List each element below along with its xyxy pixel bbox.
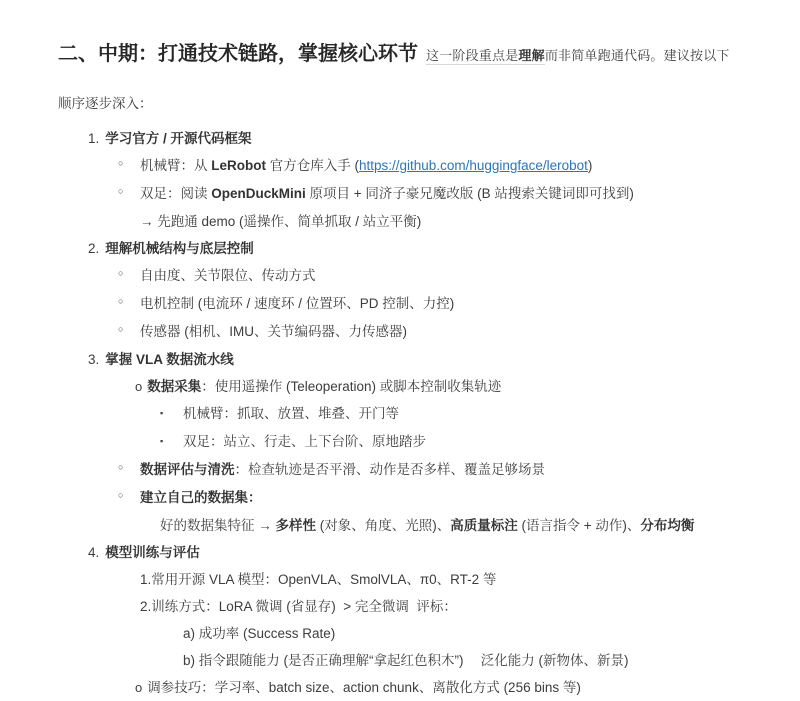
circle-bullet-icon: ○	[118, 458, 140, 476]
line-content: 学习官方 / 开源代码框架	[105, 130, 251, 148]
o-bullet-icon: o	[135, 679, 142, 697]
text-run: )	[588, 158, 593, 173]
line-content: 传感器 (相机、IMU、关节编码器、力传感器)	[140, 323, 407, 341]
line-content: 电机控制 (电流环 / 速度环 / 位置环、PD 控制、力控)	[140, 295, 454, 313]
square-bullet-icon: ▪	[160, 432, 183, 450]
circle-bullet-icon: ○	[118, 320, 140, 338]
list-item: ○建立自己的数据集：	[118, 489, 742, 508]
text-run: 1.常用开源 VLA 模型：OpenVLA、SmolVLA、π0、RT-2 等	[140, 572, 496, 587]
line-content: 双足：阅读 OpenDuckMini 原项目 + 同济子豪兄魔改版 (B 站搜索…	[140, 185, 634, 203]
bold-text-run: 多样性	[276, 518, 317, 533]
list-item: ○数据评估与清洗：检查轨迹是否平滑、动作是否多样、覆盖足够场景	[118, 461, 742, 480]
line-content: 好的数据集特征 → 多样性 (对象、角度、光照)、高质量标注 (语言指令 + 动…	[160, 517, 694, 535]
list-item: ○机械臂：从 LeRobot 官方仓库入手 (https://github.co…	[118, 157, 742, 176]
section-heading-item: 4.模型训练与评估	[88, 544, 742, 562]
bold-text-run: 学习官方 / 开源代码框架	[105, 131, 251, 146]
text-run: 原项目 + 同济子豪兄魔改版 (B 站搜索关键词即可找到)	[306, 186, 634, 201]
title-text: 二、中期：打通技术链路，掌握核心环节	[58, 43, 418, 65]
list-item: 2.训练方式：LoRA 微调 (省显存) > 完全微调 评标：	[140, 598, 742, 616]
list-item: o数据采集：使用遥操作 (Teleoperation) 或脚本控制收集轨迹	[135, 378, 742, 396]
bold-text-run: 高质量标注	[450, 518, 518, 533]
list-item: ○自由度、关节限位、传动方式	[118, 267, 742, 286]
text-run: (对象、角度、光照)、	[316, 518, 450, 533]
o-bullet-icon: o	[135, 378, 142, 396]
text-run: 自由度、关节限位、传动方式	[140, 268, 316, 283]
list-item: ○传感器 (相机、IMU、关节编码器、力传感器)	[118, 323, 742, 342]
number-marker: 4.	[88, 544, 99, 562]
bold-text-run: 理解机械结构与底层控制	[105, 241, 254, 256]
outline-list: 1.学习官方 / 开源代码框架○机械臂：从 LeRobot 官方仓库入手 (ht…	[58, 130, 742, 697]
circle-bullet-icon: ○	[118, 182, 140, 200]
line-content: 掌握 VLA 数据流水线	[105, 351, 234, 369]
text-run: → 先跑通 demo (遥操作、简单抓取 / 站立平衡)	[140, 214, 421, 229]
line-content: 调参技巧：学习率、batch size、action chunk、离散化方式 (…	[147, 679, 581, 697]
text-run: 2.训练方式：LoRA 微调 (省显存) > 完全微调 评标：	[140, 599, 457, 614]
text-run: 传感器 (相机、IMU、关节编码器、力传感器)	[140, 324, 407, 339]
number-marker: 1.	[88, 130, 99, 148]
list-item: b) 指令跟随能力 (是否正确理解“拿起红色积木”) 泛化能力 (新物体、新景)	[183, 652, 742, 670]
text-run: ：使用遥操作 (Teleoperation) 或脚本控制收集轨迹	[201, 379, 501, 394]
text-run: 这一阶段重点是	[426, 48, 518, 65]
line-content: 双足：站立、行走、上下台阶、原地踏步	[183, 433, 426, 451]
text-run: 电机控制 (电流环 / 速度环 / 位置环、PD 控制、力控)	[140, 296, 454, 311]
line-content: b) 指令跟随能力 (是否正确理解“拿起红色积木”) 泛化能力 (新物体、新景)	[183, 652, 628, 670]
text-run: 机械臂：抓取、放置、堆叠、开门等	[183, 406, 399, 421]
line-content: 数据评估与清洗：检查轨迹是否平滑、动作是否多样、覆盖足够场景	[140, 461, 545, 479]
text-run: a) 成功率 (Success Rate)	[183, 626, 335, 641]
bold-text-run: 模型训练与评估	[105, 545, 200, 560]
list-item: o调参技巧：学习率、batch size、action chunk、离散化方式 …	[135, 679, 742, 697]
bold-text-run: 掌握 VLA 数据流水线	[105, 352, 234, 367]
bold-text-run: 数据采集	[147, 379, 201, 394]
circle-bullet-icon: ○	[118, 264, 140, 282]
text-run: 调参技巧：学习率、batch size、action chunk、离散化方式 (…	[147, 680, 581, 695]
document-page: 二、中期：打通技术链路，掌握核心环节这一阶段重点是理解而非简单跑通代码。建议按以…	[0, 0, 800, 701]
text-run: 而非简单跑通代码。建议按以下	[545, 48, 730, 63]
bold-text-run: 建立自己的数据集：	[140, 490, 262, 505]
section-heading-item: 1.学习官方 / 开源代码框架	[88, 130, 742, 148]
list-item: 1.常用开源 VLA 模型：OpenVLA、SmolVLA、π0、RT-2 等	[140, 571, 742, 589]
bold-text-run: 数据评估与清洗	[140, 462, 235, 477]
section-heading-item: 3.掌握 VLA 数据流水线	[88, 351, 742, 369]
text-run: 双足：站立、行走、上下台阶、原地踏步	[183, 434, 426, 449]
list-item: a) 成功率 (Success Rate)	[183, 625, 742, 643]
bold-text-run: OpenDuckMini	[211, 186, 306, 201]
line-content: 数据采集：使用遥操作 (Teleoperation) 或脚本控制收集轨迹	[147, 378, 501, 396]
intro-text: 顺序逐步深入：	[58, 95, 742, 113]
circle-bullet-icon: ○	[118, 154, 140, 172]
list-item: 好的数据集特征 → 多样性 (对象、角度、光照)、高质量标注 (语言指令 + 动…	[160, 517, 742, 535]
list-item: ○电机控制 (电流环 / 速度环 / 位置环、PD 控制、力控)	[118, 295, 742, 314]
hyperlink[interactable]: https://github.com/huggingface/lerobot	[359, 158, 588, 173]
line-content: 1.常用开源 VLA 模型：OpenVLA、SmolVLA、π0、RT-2 等	[140, 571, 496, 589]
text-run: ：检查轨迹是否平滑、动作是否多样、覆盖足够场景	[235, 462, 546, 477]
list-item: ▪机械臂：抓取、放置、堆叠、开门等	[160, 405, 742, 424]
list-item: ▪双足：站立、行走、上下台阶、原地踏步	[160, 433, 742, 452]
text-run: b) 指令跟随能力 (是否正确理解“拿起红色积木”) 泛化能力 (新物体、新景)	[183, 653, 628, 668]
section-heading-item: 2.理解机械结构与底层控制	[88, 240, 742, 258]
line-content: 建立自己的数据集：	[140, 489, 262, 507]
text-run: 官方仓库入手 (	[266, 158, 359, 173]
line-content: 机械臂：从 LeRobot 官方仓库入手 (https://github.com…	[140, 157, 592, 175]
text-run: 双足：阅读	[140, 186, 211, 201]
text-run: 好的数据集特征 →	[160, 518, 276, 533]
line-content: 理解机械结构与底层控制	[105, 240, 254, 258]
line-content: a) 成功率 (Success Rate)	[183, 625, 335, 643]
page-title: 二、中期：打通技术链路，掌握核心环节这一阶段重点是理解而非简单跑通代码。建议按以…	[58, 40, 742, 70]
bold-text-run: 分布均衡	[640, 518, 694, 533]
line-content: 模型训练与评估	[105, 544, 200, 562]
title-note: 这一阶段重点是理解而非简单跑通代码。建议按以下	[426, 48, 730, 63]
number-marker: 2.	[88, 240, 99, 258]
line-content: → 先跑通 demo (遥操作、简单抓取 / 站立平衡)	[140, 213, 421, 231]
circle-bullet-icon: ○	[118, 486, 140, 504]
text-run: (语言指令 + 动作)、	[518, 518, 641, 533]
text-run: 机械臂：从	[140, 158, 211, 173]
list-item: ○双足：阅读 OpenDuckMini 原项目 + 同济子豪兄魔改版 (B 站搜…	[118, 185, 742, 204]
line-content: 2.训练方式：LoRA 微调 (省显存) > 完全微调 评标：	[140, 598, 457, 616]
line-content: 机械臂：抓取、放置、堆叠、开门等	[183, 405, 399, 423]
bold-text-run: 理解	[518, 48, 544, 65]
list-item: → 先跑通 demo (遥操作、简单抓取 / 站立平衡)	[140, 213, 742, 231]
line-content: 自由度、关节限位、传动方式	[140, 267, 316, 285]
number-marker: 3.	[88, 351, 99, 369]
circle-bullet-icon: ○	[118, 292, 140, 310]
bold-text-run: LeRobot	[211, 158, 266, 173]
square-bullet-icon: ▪	[160, 404, 183, 422]
